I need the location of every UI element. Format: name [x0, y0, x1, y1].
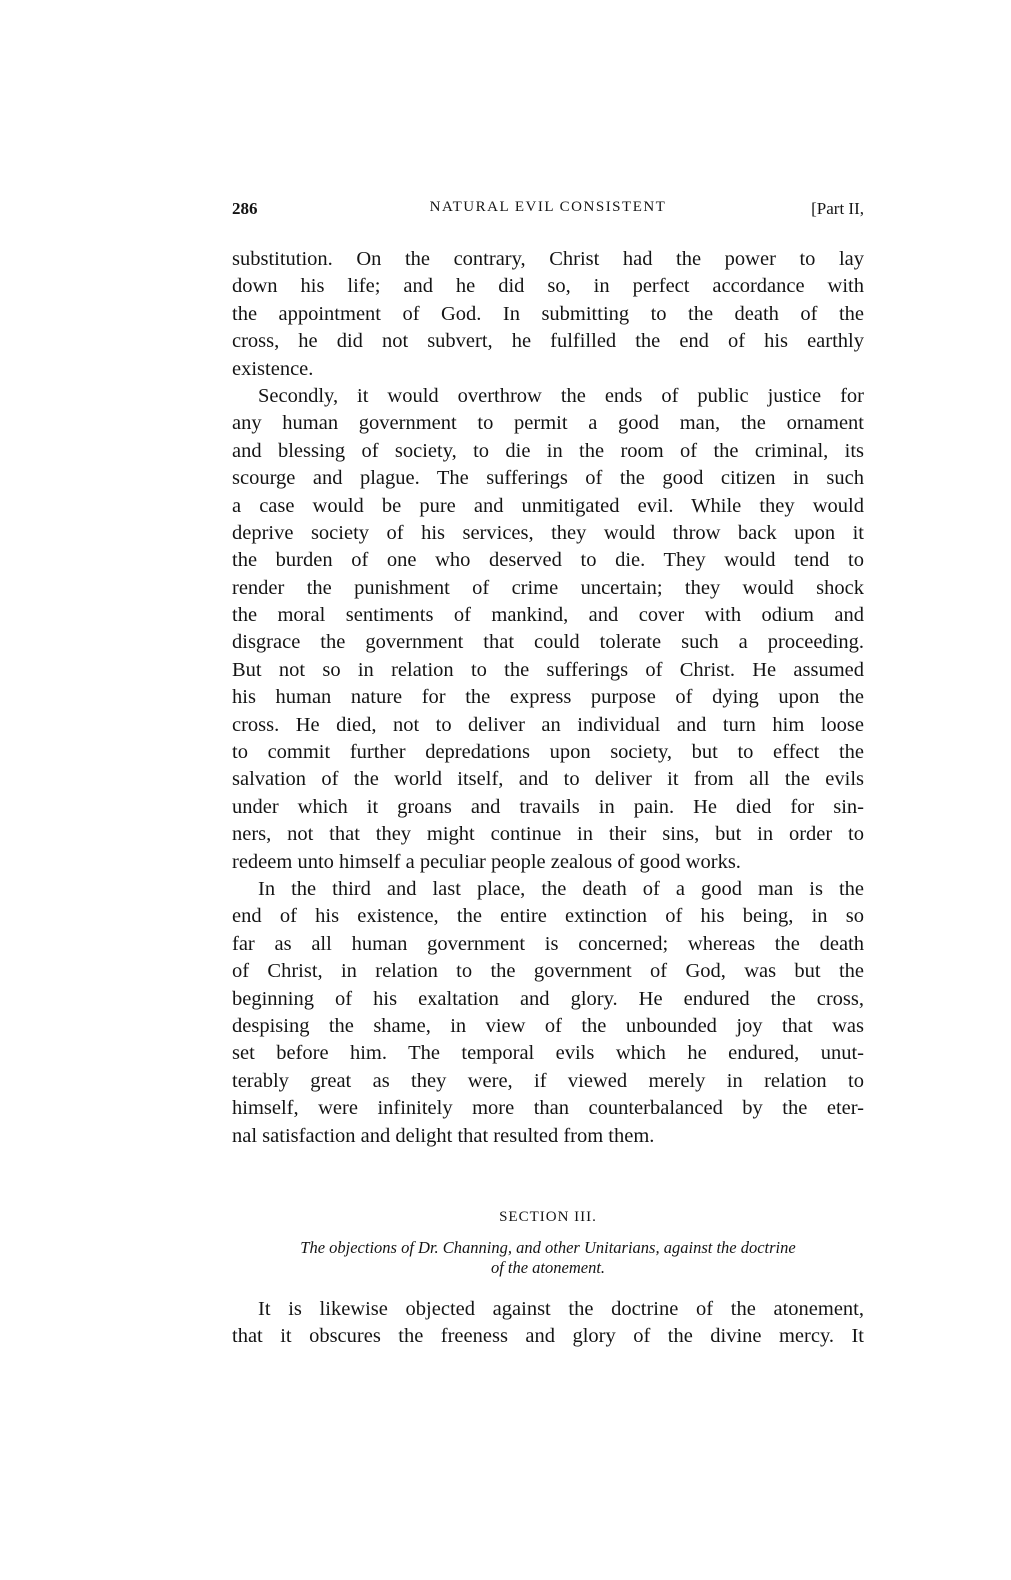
- text-line: himself, were infinitely more than count…: [232, 1095, 864, 1122]
- text-line: scourge and plague. The sufferings of th…: [232, 465, 864, 492]
- text-line: to commit further depredations upon soci…: [232, 739, 864, 766]
- subtitle-line: of the atonement.: [232, 1258, 864, 1278]
- text-line: despising the shame, in view of the unbo…: [232, 1013, 864, 1040]
- text-line: existence.: [232, 356, 864, 383]
- text-line: render the punishment of crime uncertain…: [232, 575, 864, 602]
- running-header: 286 NATURAL EVIL CONSISTENT [Part II,: [232, 199, 864, 225]
- book-page: 286 NATURAL EVIL CONSISTENT [Part II, su…: [0, 0, 1011, 1580]
- text-line: a case would be pure and unmitigated evi…: [232, 493, 864, 520]
- text-line: his human nature for the express purpose…: [232, 684, 864, 711]
- paragraph-1: substitution. On the contrary, Christ ha…: [232, 246, 864, 383]
- text-line: deprive society of his services, they wo…: [232, 520, 864, 547]
- text-line: that it obscures the freeness and glory …: [232, 1323, 864, 1350]
- paragraph-3: In the third and last place, the death o…: [232, 876, 864, 1150]
- text-line: redeem unto himself a peculiar people ze…: [232, 849, 864, 876]
- section-iii: SECTION III. The objections of Dr. Chann…: [232, 1206, 864, 1351]
- running-title: NATURAL EVIL CONSISTENT: [232, 199, 864, 216]
- text-line: ners, not that they might continue in th…: [232, 821, 864, 848]
- text-line: But not so in relation to the sufferings…: [232, 657, 864, 684]
- text-line: the burden of one who deserved to die. T…: [232, 547, 864, 574]
- text-line: and blessing of society, to die in the r…: [232, 438, 864, 465]
- paragraph-2: Secondly, it would overthrow the ends of…: [232, 383, 864, 876]
- text-line: cross. He died, not to deliver an indivi…: [232, 712, 864, 739]
- part-label: [Part II,: [811, 199, 864, 219]
- text-line: Secondly, it would overthrow the ends of…: [232, 383, 864, 410]
- section-paragraph: It is likewise objected against the doct…: [232, 1296, 864, 1351]
- text-line: nal satisfaction and delight that result…: [232, 1123, 864, 1150]
- text-line: down his life; and he did so, in perfect…: [232, 273, 864, 300]
- text-line: set before him. The temporal evils which…: [232, 1040, 864, 1067]
- text-line: In the third and last place, the death o…: [232, 876, 864, 903]
- text-line: under which it groans and travails in pa…: [232, 794, 864, 821]
- page-body: substitution. On the contrary, Christ ha…: [232, 246, 864, 1150]
- text-line: cross, he did not subvert, he fulfilled …: [232, 328, 864, 355]
- text-line: It is likewise objected against the doct…: [232, 1296, 864, 1323]
- section-subtitle: The objections of Dr. Channing, and othe…: [232, 1238, 864, 1278]
- text-line: substitution. On the contrary, Christ ha…: [232, 246, 864, 273]
- text-line: the appointment of God. In submitting to…: [232, 301, 864, 328]
- text-line: far as all human government is concerned…: [232, 931, 864, 958]
- text-line: of Christ, in relation to the government…: [232, 958, 864, 985]
- text-line: salvation of the world itself, and to de…: [232, 766, 864, 793]
- section-heading: SECTION III.: [232, 1206, 864, 1228]
- text-line: disgrace the government that could toler…: [232, 629, 864, 656]
- text-line: terably great as they were, if viewed me…: [232, 1068, 864, 1095]
- subtitle-line: The objections of Dr. Channing, and othe…: [232, 1238, 864, 1258]
- text-line: any human government to permit a good ma…: [232, 410, 864, 437]
- text-line: beginning of his exaltation and glory. H…: [232, 986, 864, 1013]
- text-line: the moral sentiments of mankind, and cov…: [232, 602, 864, 629]
- text-line: end of his existence, the entire extinct…: [232, 903, 864, 930]
